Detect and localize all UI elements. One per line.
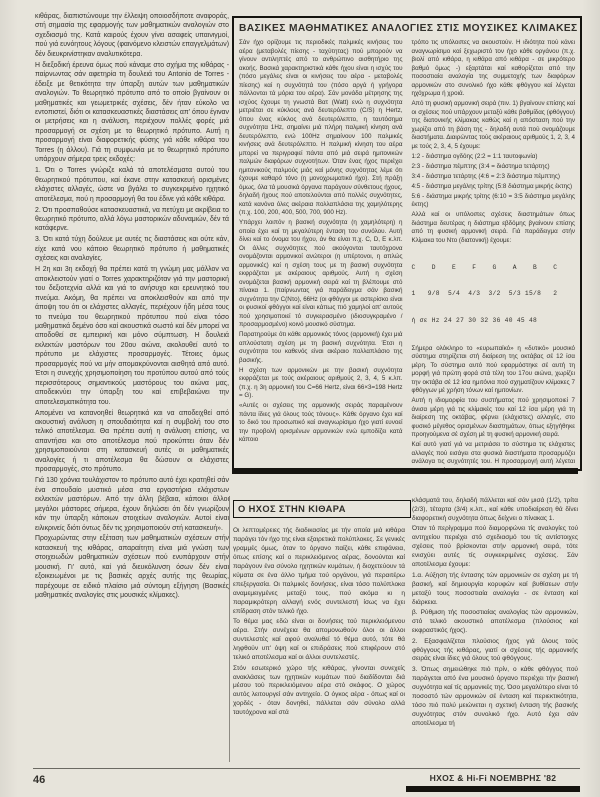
scale-hz-row: ή σε Hz 24 27 30 32 36 40 45 48 xyxy=(412,317,576,326)
math-box-column-2b: Σήμερα ολόκληρο το «ευρωπαϊκό» η «δυτικό… xyxy=(412,345,576,471)
sound-section-title: Ο ΗΧΟΣ ΣΤΗΝ ΚΙΘΑΡΑ xyxy=(238,504,346,514)
scale-ratios-row: 1 9/8 5/4 4/3 3/2 5/3 15/8 2 xyxy=(412,290,576,299)
math-box-columns: Σάν ήχο ορίζουμε τις περιοδικές παλμικές… xyxy=(239,39,575,471)
paragraph: Η 2η και 3η εκδοχή θα πρέπει κατά τη γνώ… xyxy=(35,265,229,407)
column-rule xyxy=(229,496,230,762)
paragraph: Από τη φυσική αρμονική σειρά (πιν. 1) βγ… xyxy=(412,100,576,151)
math-box-title: ΒΑΣΙΚΕΣ ΜΑΘΗΜΑΤΙΚΕΣ ΑΝΑΛΟΓΙΕΣ ΣΤΙΣ ΜΟΥΣΙ… xyxy=(239,23,575,34)
paragraph: Καί αυτό γιατί γιά να μετριάσει το σύστη… xyxy=(412,441,576,471)
math-proportions-box: ΒΑΣΙΚΕΣ ΜΑΘΗΜΑΤΙΚΕΣ ΑΝΑΛΟΓΙΕΣ ΣΤΙΣ ΜΟΥΣΙ… xyxy=(232,16,582,471)
sound-section-column-1: Οι λεπτομέρειες τής διαδικασίας με τήν ο… xyxy=(233,527,405,763)
paragraph: 2. Εξασφαλίζεται πλούσιος ήχος γιά όλους… xyxy=(412,638,578,665)
math-box-column-1: Σάν ήχο ορίζουμε τις περιοδικές παλμικές… xyxy=(239,39,403,471)
paragraph: 2. Ότι προσπαθούσε κατασκευαστικά, να πε… xyxy=(35,206,229,234)
scale-notes-row: C D E F G A B C xyxy=(412,264,576,273)
paragraph: Υπάρχει λοιπόν η βασική συχνότητα (η χαμ… xyxy=(239,219,403,330)
paragraph: «Αυτές οι σχέσεις της αρμονικής σειράς π… xyxy=(239,402,403,445)
paragraph: 1:2 - διάστημα ογδόης (2:2 = 1:1 ταυτοφω… xyxy=(412,153,576,162)
footer-rule xyxy=(33,768,580,769)
paragraph: 5:6 - διάστημα μικρής τρίτης (6:10 = 3:5… xyxy=(412,193,576,210)
page-number: 46 xyxy=(33,774,45,786)
sound-section-title-box: Ο ΗΧΟΣ ΣΤΗΝ ΚΙΘΑΡΑ xyxy=(233,500,411,518)
paragraph: 1.α. Αύξηση τής έντασης τών αρμονικών σε… xyxy=(412,572,578,608)
math-box-column-2a: τρόπο τις υπόλοιπες να ακουστούν. Η ιδιό… xyxy=(412,39,576,245)
paragraph: Όταν τό περίγραμμα πού διαμορφώνει τίς α… xyxy=(412,525,578,570)
paragraph: τρόπο τις υπόλοιπες να ακουστούν. Η ιδιό… xyxy=(412,39,576,99)
paragraph: Γιά 130 χρόνια τουλάχιστον το πρότυπο αυ… xyxy=(35,476,229,533)
paragraph: Προχωρώντας στην εξέταση των μαθηματικών… xyxy=(35,534,229,600)
paragraph: Οι λεπτομέρειες τής διαδικασίας με τήν ο… xyxy=(233,527,405,617)
paragraph: κιθάρας, διαπιστώνουμε την έλλειψη οποιο… xyxy=(35,12,229,59)
paragraph: 4:5 - διάστημα μεγάλης τρίτης (5:8 διάστ… xyxy=(412,183,576,192)
paragraph: Απομένει να κατανοηθεί θεωρητικά και να … xyxy=(35,409,229,475)
paragraph: 3. Όπως σημειώθηκε πιό πρίν, ο κάθε φθόγ… xyxy=(412,666,578,729)
math-box-column-2: τρόπο τις υπόλοιπες να ακουστούν. Η ιδιό… xyxy=(412,39,576,471)
magazine-page: κιθάρας, διαπιστώνουμε την έλλειψη οποιο… xyxy=(0,0,600,797)
paragraph: Το θέμα μας εδώ είναι οι δονήσεις τού πε… xyxy=(233,618,405,663)
paragraph: κλάσματά του, δηλαδή πάλλεται καί σάν μι… xyxy=(412,497,578,524)
paragraph: Η διεξοδική έρευνα όμως πού κάναμε στο σ… xyxy=(35,61,229,165)
paragraph: Αλλά καί οι υπόλοιπες σχέσεις διαστημάτω… xyxy=(412,211,576,245)
paragraph: 2:3 - διάστημα πέμπτης (3:4 = διάστημα τ… xyxy=(412,163,576,172)
thick-divider-bar xyxy=(232,468,578,474)
paragraph: Παρατηρούμε ότι κάθε αρμονικός τόνος (αρ… xyxy=(239,331,403,365)
paragraph: Σήμερα ολόκληρο το «ευρωπαϊκό» η «δυτικό… xyxy=(412,345,576,396)
paragraph: Σάν ήχο ορίζουμε τις περιοδικές παλμικές… xyxy=(239,39,403,218)
paragraph: 1. Ότι ο Torres γνώριζε καλά τά αποτελέσ… xyxy=(35,166,229,204)
sound-section-column-2: κλάσματά του, δηλαδή πάλλεται καί σάν μι… xyxy=(412,497,578,763)
paragraph: Αυτή η ιδιομορφία του συστήματος πού χρη… xyxy=(412,397,576,440)
paragraph: β. Ρύθμιση τής ποσοστιαίας αναλογίας τών… xyxy=(412,609,578,636)
magazine-footer: ΗΧΟΣ & Hi-Fi ΝΟΕΜΒΡΗΣ '82 xyxy=(406,773,580,783)
footer-black-bar xyxy=(406,786,580,792)
paragraph: Η σχέση των αρμονικών με την βασική συχν… xyxy=(239,367,403,401)
paragraph: 3:4 - διάστημα τετάρτης (4:6 = 2:3 διάστ… xyxy=(412,173,576,182)
left-article-column: κιθάρας, διαπιστώνουμε την έλλειψη οποιο… xyxy=(35,12,229,762)
paragraph: Στόν εσωτερικό χώρο τής κιθάρας, γίνοντα… xyxy=(233,665,405,719)
paragraph: 3. Ότι κατά τύχη δούλευε με αυτές τις δι… xyxy=(35,235,229,263)
do-scale-table: C D E F G A B C 1 9/8 5/4 4/3 3/2 5/3 15… xyxy=(412,247,576,343)
